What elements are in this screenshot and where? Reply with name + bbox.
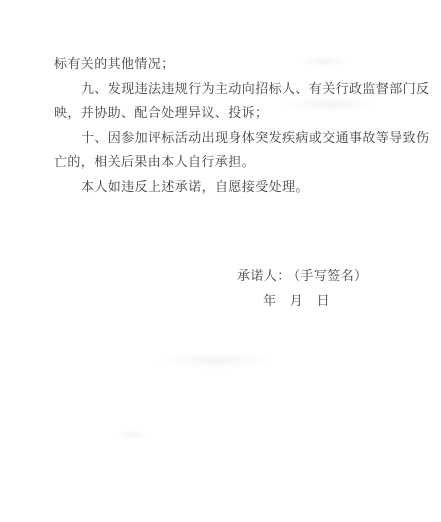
document-line: 本人如违反上述承诺，自愿接受处理。 [54, 175, 422, 200]
document-body: 标有关的其他情况； 九、发现违法违规行为主动向招标人、有关行政监督部门反 映，并… [54, 52, 422, 199]
document-line: 九、发现违法违规行为主动向招标人、有关行政监督部门反 [54, 77, 422, 102]
document-line: 映，并协助、配合处理异议、投诉； [54, 101, 422, 126]
signature-hint: （手写签名） [294, 268, 368, 283]
document-line: 十、因参加评标活动出现身体突发疾病或交通事故等导致伤 [54, 126, 422, 151]
document-page: 标有关的其他情况； 九、发现违法违规行为主动向招标人、有关行政监督部门反 映，并… [0, 0, 441, 522]
document-line: 标有关的其他情况； [54, 52, 422, 77]
document-line: 亡的，相关后果由本人自行承担。 [54, 150, 422, 175]
signatory-label: 承诺人： [237, 268, 291, 283]
scan-artifact [158, 352, 273, 369]
scan-artifact [118, 430, 148, 439]
signature-line: 承诺人：（手写签名） [237, 264, 441, 289]
date-line: 年 月 日 [263, 289, 441, 314]
signature-block: 承诺人：（手写签名） 年 月 日 [0, 264, 441, 313]
